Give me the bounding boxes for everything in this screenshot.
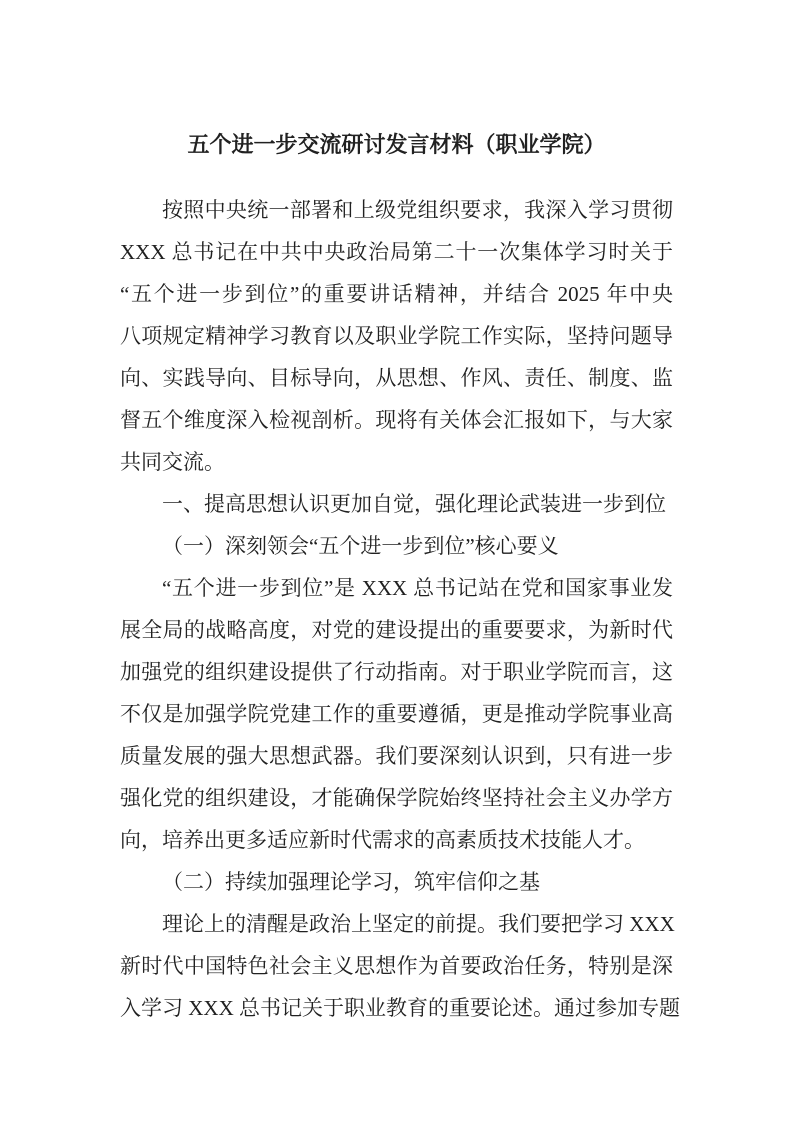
paragraph-1-2-line-2: 新时代中国特色社会主义思想作为首要政治任务，特别是深 bbox=[120, 945, 673, 987]
paragraph-intro-line-3: “五个进一步到位”的重要讲话精神，并结合 2025 年中央 bbox=[120, 273, 673, 315]
heading-section-1-2-line-1: （二）持续加强理论学习，筑牢信仰之基 bbox=[120, 861, 673, 903]
paragraph-1-1-line-4: 不仅是加强学院党建工作的重要遵循，更是推动学院事业高 bbox=[120, 693, 673, 735]
paragraph-intro-line-1: 按照中央统一部署和上级党组织要求，我深入学习贯彻 bbox=[120, 189, 673, 231]
paragraph-intro-line-4: 八项规定精神学习教育以及职业学院工作实际，坚持问题导 bbox=[120, 315, 673, 357]
paragraph-intro-line-5: 向、实践导向、目标导向，从思想、作风、责任、制度、监 bbox=[120, 357, 673, 399]
document-content: 五个进一步交流研讨发言材料（职业学院） 按照中央统一部署和上级党组织要求，我深入… bbox=[120, 131, 673, 1029]
paragraph-1-1-line-2: 展全局的战略高度，对党的建设提出的重要要求，为新时代 bbox=[120, 609, 673, 651]
document-title: 五个进一步交流研讨发言材料（职业学院） bbox=[120, 131, 673, 159]
paragraph-intro-line-6: 督五个维度深入检视剖析。现将有关体会汇报如下，与大家 bbox=[120, 399, 673, 441]
paragraph-1-1-line-5: 质量发展的强大思想武器。我们要深刻认识到，只有进一步 bbox=[120, 735, 673, 777]
paragraph-intro-line-7: 共同交流。 bbox=[120, 441, 673, 483]
document-page: 五个进一步交流研讨发言材料（职业学院） 按照中央统一部署和上级党组织要求，我深入… bbox=[0, 0, 793, 1122]
paragraph-1-1-line-7: 向，培养出更多适应新时代需求的高素质技术技能人才。 bbox=[120, 819, 673, 861]
paragraph-1-2-line-3: 入学习 XXX 总书记关于职业教育的重要论述。通过参加专题 bbox=[120, 987, 673, 1029]
paragraph-1-1-line-3: 加强党的组织建设提供了行动指南。对于职业学院而言，这 bbox=[120, 651, 673, 693]
paragraph-1-2-line-1: 理论上的清醒是政治上坚定的前提。我们要把学习 XXX bbox=[120, 903, 673, 945]
heading-section-1-1-line-1: （一）深刻领会“五个进一步到位”核心要义 bbox=[120, 525, 673, 567]
heading-section-1-line-1: 一、提高思想认识更加自觉，强化理论武装进一步到位 bbox=[120, 483, 673, 525]
paragraph-1-1-line-6: 强化党的组织建设，才能确保学院始终坚持社会主义办学方 bbox=[120, 777, 673, 819]
paragraph-intro-line-2: XXX 总书记在中共中央政治局第二十一次集体学习时关于 bbox=[120, 231, 673, 273]
paragraph-1-1-line-1: “五个进一步到位”是 XXX 总书记站在党和国家事业发 bbox=[120, 567, 673, 609]
document-body: 按照中央统一部署和上级党组织要求，我深入学习贯彻XXX 总书记在中共中央政治局第… bbox=[120, 189, 673, 1029]
